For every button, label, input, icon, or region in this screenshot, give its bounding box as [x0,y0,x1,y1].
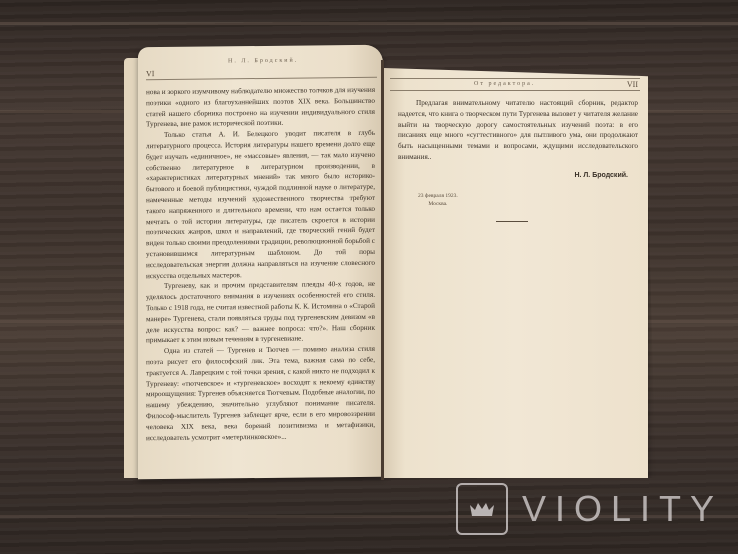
crown-icon [456,483,508,535]
page-number: VII [627,80,638,89]
date-line: 23 февраля 1923. [418,192,458,200]
header-rule-top [390,78,640,79]
place-line: Москва. [418,200,458,208]
left-page: Н. Л. Бродский. VI нова и зоркого изумчи… [138,45,383,480]
paragraph: Одна из статей — Тургенев и Тютчев — пом… [146,344,375,444]
paragraph: Тургеневу, как и прочим представителям п… [146,279,375,346]
paragraph: Предлагая внимательному читателю настоящ… [398,98,638,163]
author-signature: Н. Л. Бродский. [574,172,628,179]
header-rule [390,90,640,91]
right-page-text: Предлагая внимательному читателю настоящ… [398,98,638,163]
left-page-text: нова и зоркого изумчивому наблюдателю мн… [146,85,375,444]
watermark: VIOLITY [456,483,723,535]
right-page: От редактора. VII Предлагая внимательном… [384,68,648,478]
running-head: От редактора. [474,81,535,87]
paragraph: нова и зоркого изумчивому наблюдателю мн… [146,85,375,131]
closing-rule [496,221,528,222]
wood-grain [0,22,738,25]
watermark-text: VIOLITY [522,488,723,530]
paragraph: Только статья А. И. Белецкого уводит пис… [146,128,375,282]
book-spine [381,60,384,480]
header-rule [146,77,377,80]
page-number: VI [146,69,154,78]
running-head: Н. Л. Бродский. [228,58,298,65]
date-block: 23 февраля 1923. Москва. [418,192,458,208]
